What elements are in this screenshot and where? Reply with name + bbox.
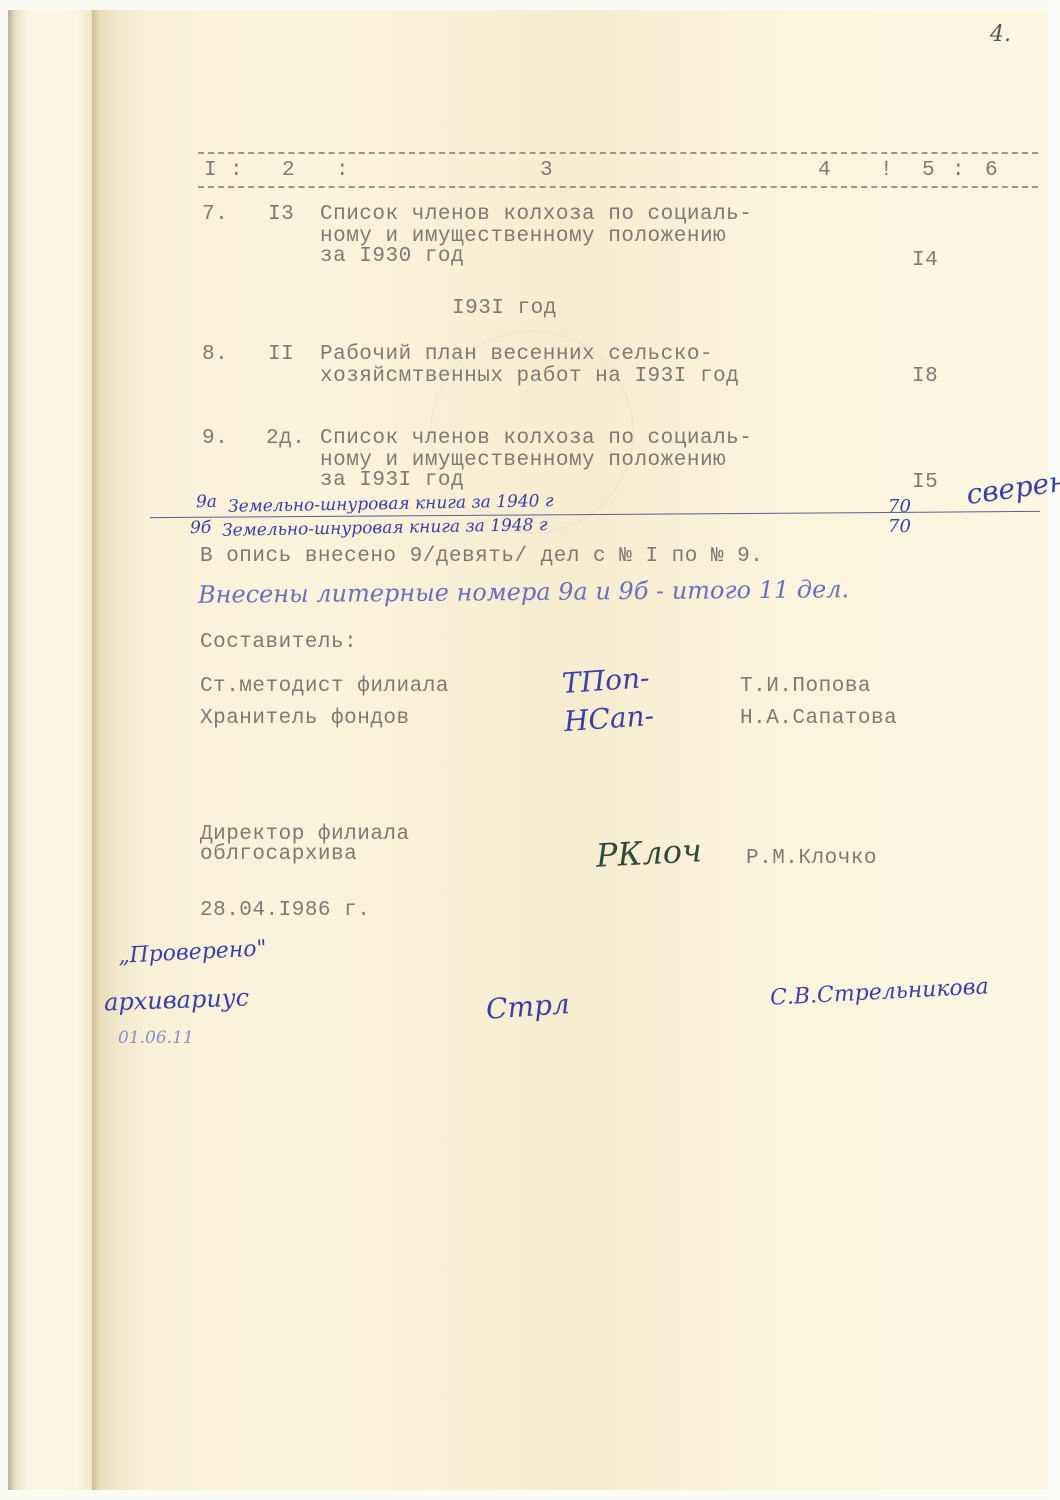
director-name: Р.М.Клочко [746,848,877,870]
col-6-label: 6 [985,160,998,182]
year-heading: I93I год [452,298,557,320]
director-position-line: облгосархива [200,844,357,866]
col-2-label: 2 [282,160,295,182]
row-title-line: Список членов колхоза по социаль- [320,428,752,450]
signatory-name: Н.А.Сапатова [740,708,897,730]
row-title-line: хозяйсмтвенных работ на I93I год [320,366,739,388]
addition-label: 9а [196,492,217,512]
scan-margin [1048,0,1060,1500]
verification-date: 01.06.11 [118,1028,194,1048]
compiler-heading: Составитель: [200,632,357,654]
row-sheets: I4 [912,250,938,272]
fold-shadow [92,10,152,1490]
binding-strip [8,10,92,1490]
row-number: 9. [202,428,228,450]
row-sheets: I5 [912,472,938,494]
row-title-line: за I930 год [320,246,464,268]
row-number: 8. [202,344,228,366]
director-signature: РКлоч [595,831,703,874]
header-top-rule [198,152,1038,154]
signatory-signature: ТПоп- [561,661,651,700]
addition-label: 9б [190,518,212,538]
document-date: 28.04.I986 г. [200,900,370,922]
addition-sheets: 70 [888,496,911,517]
summary-handwritten: Внесены литерные номера 9а и 9б - итого … [198,575,849,609]
row-title-line: за I93I год [320,470,464,492]
row-index: II [268,344,294,366]
row-number: 7. [202,204,228,226]
summary-typed: В опись внесено 9/девять/ дел с № I по №… [200,546,763,568]
row-title-line: Список членов колхоза по социаль- [320,204,752,226]
verification-signature: Стрл [485,987,571,1026]
header-bottom-rule [198,186,1038,188]
row-sheets: I8 [912,366,938,388]
col-1-label: I [204,160,217,182]
col-sep: : [230,160,243,182]
signatory-signature: НСап- [563,699,655,738]
signatory-position: Хранитель фондов [200,708,410,730]
verification-stamp-line: архивариус [104,983,250,1016]
col-3-label: 3 [540,160,553,182]
row-title-line: Рабочий план весенних сельско- [320,344,713,366]
col-4-label: 4 [818,160,831,182]
signatory-position: Ст.методист филиала [200,676,449,698]
col-sep: : [952,160,965,182]
row-index: 2д. [266,428,305,450]
col-5-label: 5 [922,160,935,182]
col-sep: : [336,160,349,182]
signatory-name: Т.И.Попова [740,676,871,698]
addition-sheets: 70 [888,516,911,537]
col-sep: ! [880,160,893,182]
page-number: 4. [990,22,1011,47]
row-index: I3 [268,204,294,226]
